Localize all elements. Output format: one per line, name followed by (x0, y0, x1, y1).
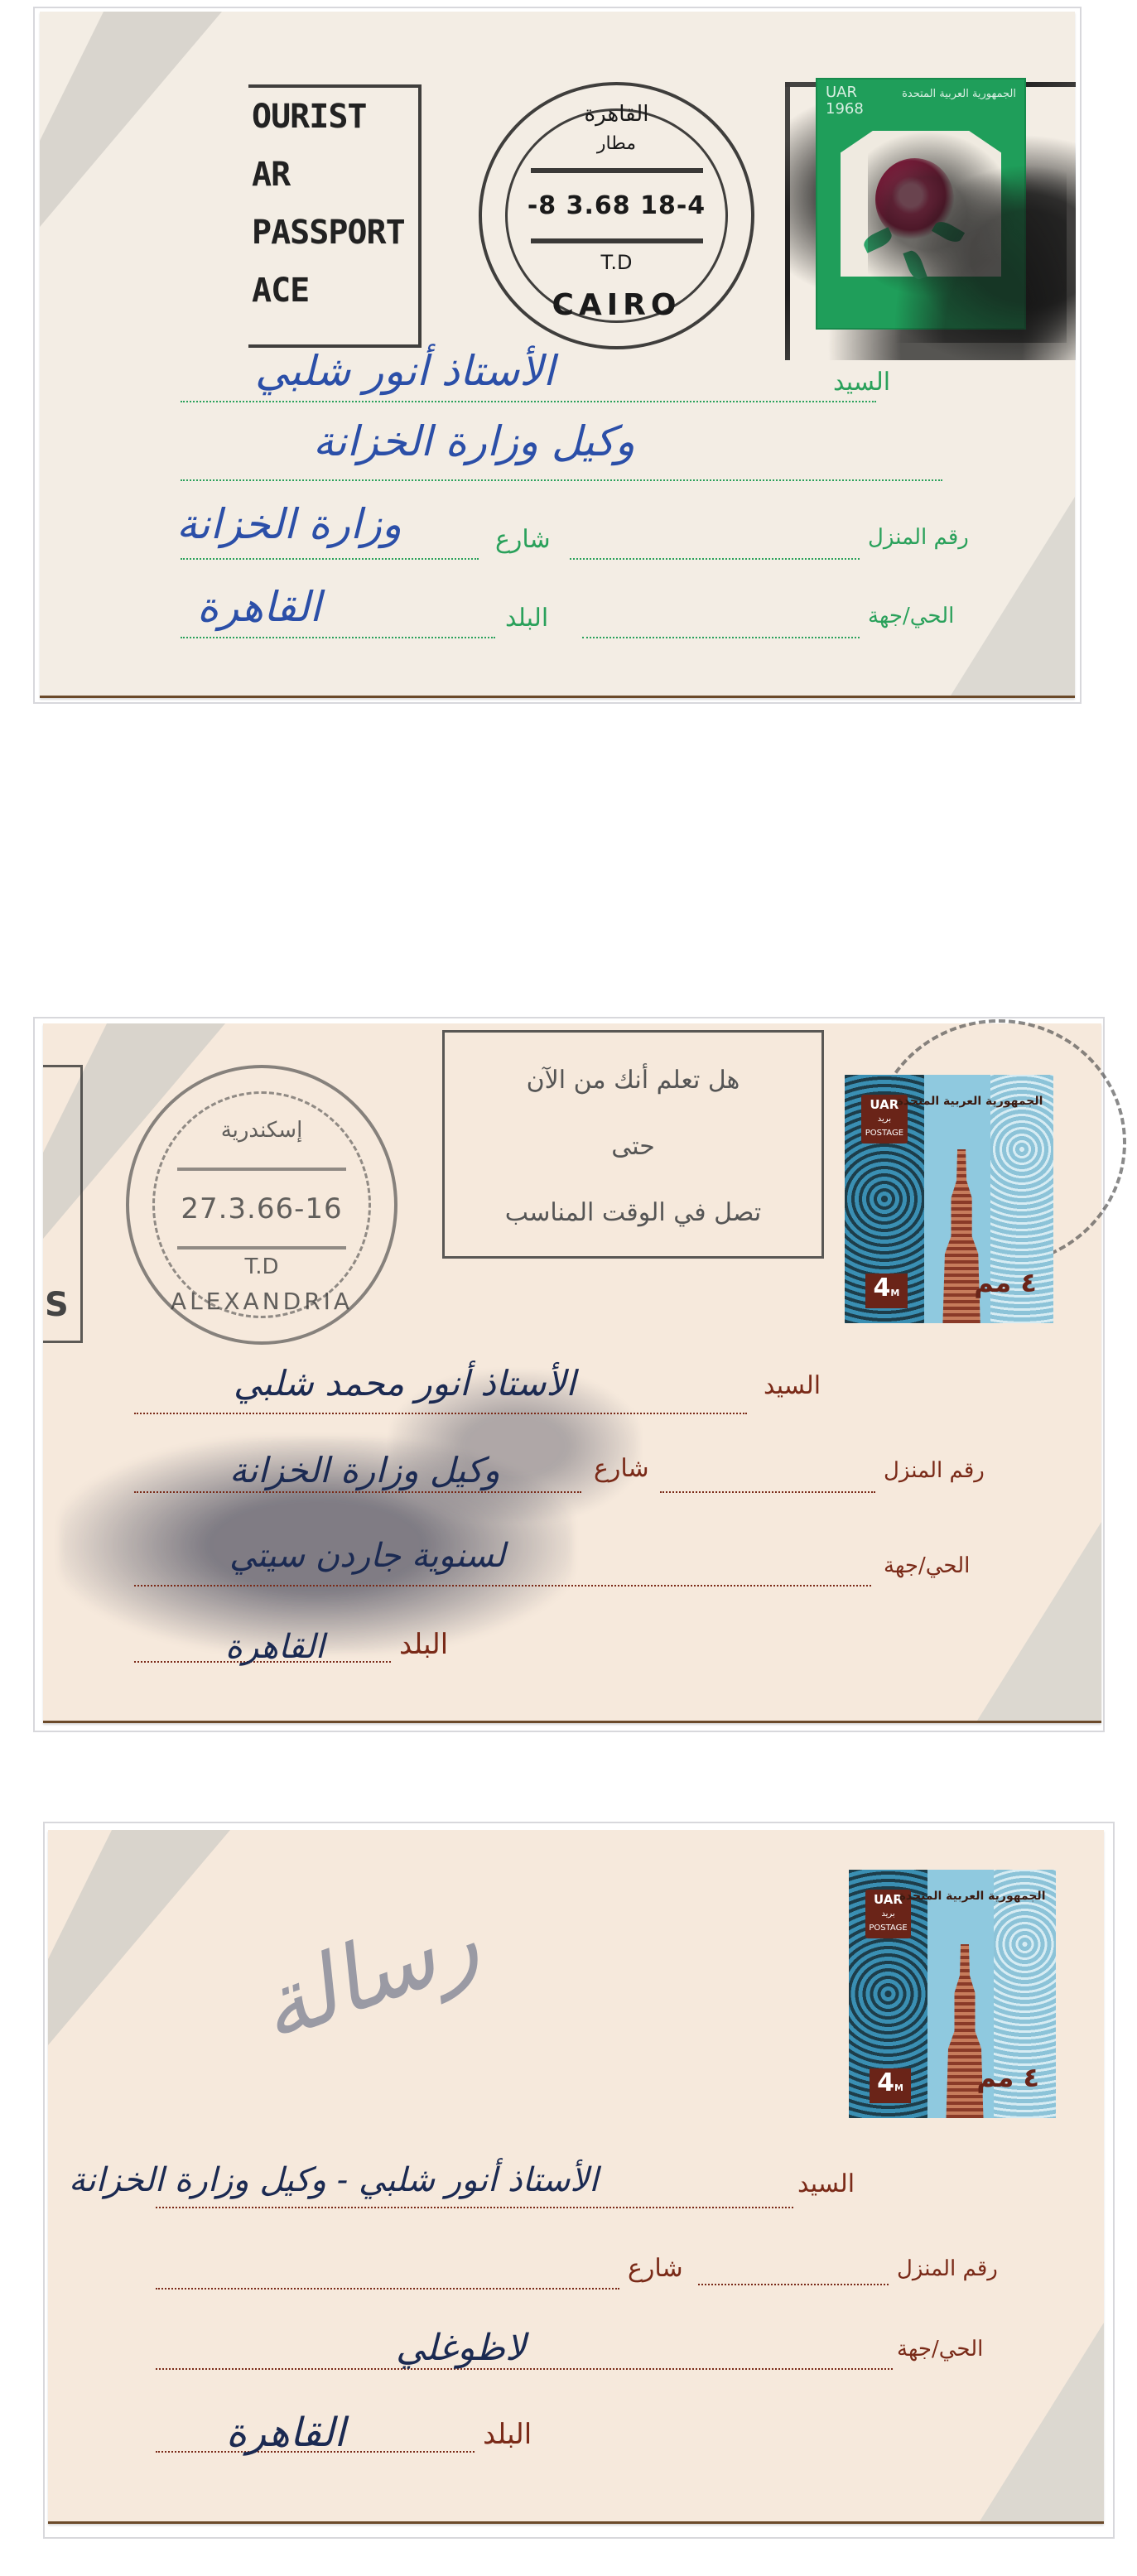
stamp-arabic-title: الجمهورية العربية المتحدة (897, 1095, 1043, 1108)
handwritten-street: وزارة الخزانة (176, 500, 402, 548)
handwritten-title: وكيل وزارة الخزانة (229, 1450, 500, 1490)
handwritten-district: لاظوغلي (396, 2327, 526, 2369)
address-line-3-right (570, 558, 860, 560)
arabic-slogan-box: هل تعلم أنك من الآن حتى تصل في الوقت الم… (442, 1030, 824, 1259)
label-house-no: رقم المنزل (897, 2256, 998, 2281)
postmark-city: CAIRO (482, 288, 751, 322)
envelope-cairo-1968: OURIST AR PASSPORT ACE القاهرة مطار -8 3… (40, 12, 1075, 698)
address-line-4-left (181, 637, 495, 638)
slogan-line: تصل في الوقت المناسب (445, 1180, 821, 1246)
address-line-1 (156, 2207, 793, 2208)
stamp-arabic-value: ٤ مم (976, 2062, 1039, 2093)
address-line-4-right (582, 637, 860, 638)
address-line-2-right (698, 2284, 889, 2285)
label-district: الحي/جهة (884, 1553, 970, 1578)
handwritten-city: القاهرة (226, 2410, 345, 2456)
stamp-arabic-title: الجمهورية العربية المتحدة (899, 1890, 1046, 1903)
stamp-value: 4M (870, 2068, 911, 2103)
postmark-code: T.D (482, 251, 751, 274)
corner-hinge-bottom-right (977, 1522, 1101, 1721)
corner-hinge-top-left (40, 12, 222, 227)
label-city: البلد (505, 604, 548, 633)
cairo-postmark: القاهرة مطار -8 3.68 18-4 T.D CAIRO (479, 82, 754, 349)
handwritten-title: وكيل وزارة الخزانة (313, 417, 635, 465)
label-name: السيد (833, 368, 890, 397)
stamp-arabic-title: الجمهورية العربية المتحدة (902, 88, 1016, 100)
label-house-no: رقم المنزل (868, 525, 969, 550)
slogan-cancel-box: OURIST AR PASSPORT ACE (248, 84, 422, 348)
stamp-cancel-overlay (868, 128, 1067, 343)
postmark-arabic-sub: مطار (482, 133, 751, 154)
pencil-note: رسالة (243, 1885, 491, 2062)
postmark-arabic-city: القاهرة (482, 102, 751, 127)
stamp-arabic-value: ٤ مم (974, 1267, 1037, 1298)
handwritten-district: لسنوية جاردن سيتي (229, 1537, 505, 1575)
address-line-2-left (134, 1491, 581, 1493)
slogan-line: هل تعلم أنك من الآن (445, 1047, 821, 1114)
postmark-bar (531, 168, 703, 173)
slogan-line: ACE (248, 262, 418, 320)
label-name: السيد (764, 1371, 821, 1400)
label-district: الحي/جهة (897, 2337, 983, 2362)
minaret-stamp: UAR بريد POSTAGE الجمهورية العربية المتح… (849, 1870, 1056, 2118)
slogan-line: OURIST (248, 88, 418, 146)
address-line-3 (134, 1585, 871, 1587)
postmark-bar (177, 1168, 347, 1171)
label-city: البلد (483, 2418, 532, 2451)
slogan-line: PASSPORT (248, 204, 418, 262)
postmark-city: ALEXANDRIA (129, 1288, 394, 1315)
postmark-date: 27.3.66-16 (129, 1192, 394, 1225)
handwritten-name: الأستاذ أنور محمد شلبي (234, 1363, 576, 1404)
alexandria-postmark: إسكندرية 27.3.66-16 T.D ALEXANDRIA (126, 1065, 397, 1345)
slogan-line: حتى (445, 1114, 821, 1180)
corner-hinge-top-left (48, 1830, 230, 2045)
label-street: شارع (628, 2254, 683, 2283)
corner-hinge-bottom-right (951, 497, 1075, 696)
label-name: السيد (797, 2169, 855, 2198)
envelope-unused-address: رسالة UAR بريد POSTAGE الجمهورية العربية… (48, 1830, 1104, 2524)
label-city: البلد (399, 1628, 448, 1661)
stamp-value: 4M (865, 1274, 907, 1308)
label-street: شارع (594, 1454, 649, 1483)
address-line-2 (181, 479, 942, 481)
minaret-stamp: UAR بريد POSTAGE الجمهورية العربية المتح… (845, 1075, 1053, 1323)
postmark-date: -8 3.68 18-4 (482, 191, 751, 220)
slogan-line: AR (248, 146, 418, 204)
partial-slogan-cancel: S (43, 1065, 83, 1343)
postmark-bar (531, 238, 703, 243)
handwritten-name: الأستاذ أنور شلبي - وكيل وزارة الخزانة (69, 2161, 598, 2199)
address-line-3-left (181, 558, 479, 560)
handwritten-city: القاهرة (225, 1628, 325, 1666)
label-district: الحي/جهة (868, 604, 954, 628)
postmark-bar (177, 1246, 347, 1249)
address-line-1 (181, 401, 876, 402)
address-line-2-right (660, 1491, 875, 1493)
envelope-alexandria-1966: S إسكندرية 27.3.66-16 T.D ALEXANDRIA هل … (43, 1023, 1101, 1723)
corner-hinge-bottom-right (980, 2323, 1104, 2521)
handwritten-name: الأستاذ أنور شلبي (255, 347, 555, 395)
label-house-no: رقم المنزل (884, 1458, 985, 1483)
label-street: شارع (495, 525, 551, 554)
handwritten-city: القاهرة (197, 583, 321, 631)
postmark-arabic-city: إسكندرية (129, 1118, 394, 1143)
stamp-country: UAR1968 (826, 84, 864, 118)
address-line-1 (134, 1413, 747, 1414)
address-line-2-left (156, 2288, 619, 2290)
postmark-code: T.D (129, 1254, 394, 1279)
partial-cancel-letter: S (45, 1286, 69, 1324)
